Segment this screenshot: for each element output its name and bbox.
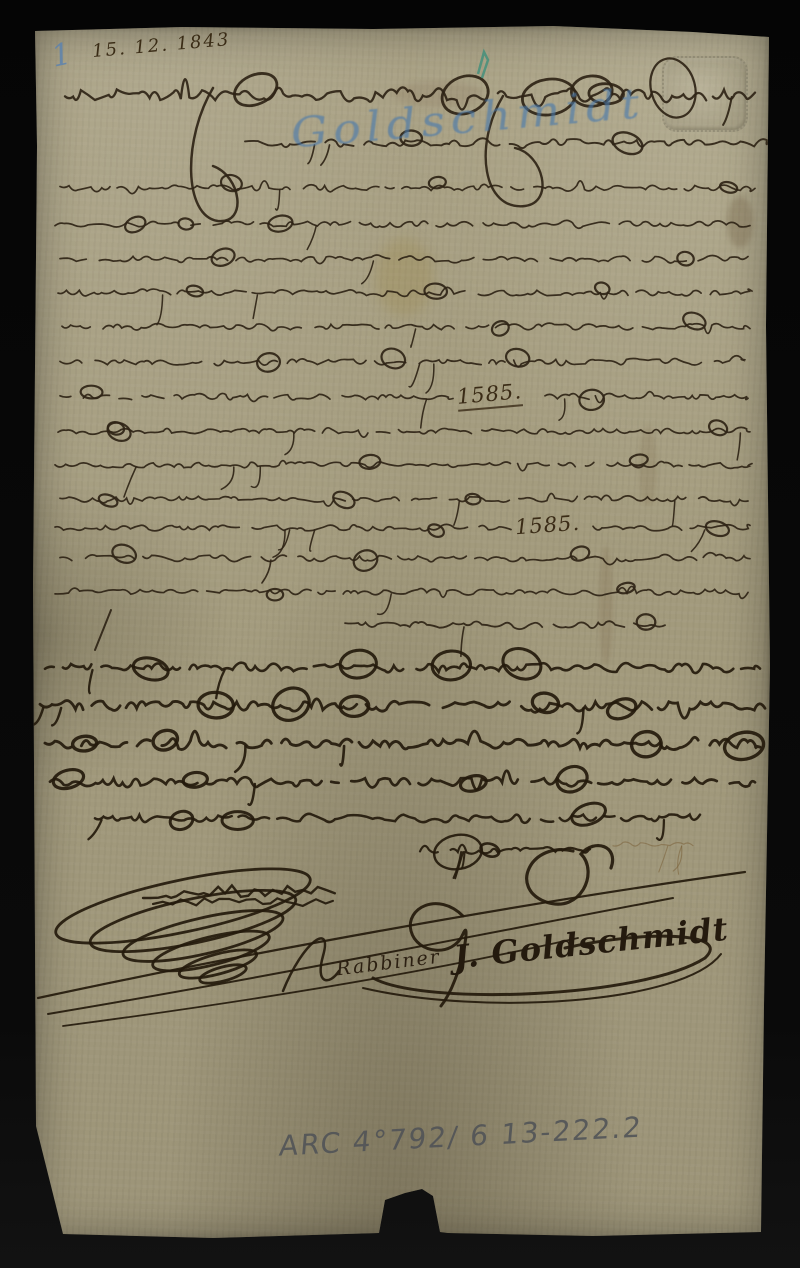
scan-backdrop: 1 15. 12. 1843 Goldschmidt 1585. 1585. R… xyxy=(0,0,800,1268)
manuscript-paper: 1 15. 12. 1843 Goldschmidt 1585. 1585. R… xyxy=(33,26,770,1240)
handwriting-ink-layer xyxy=(33,26,770,1240)
